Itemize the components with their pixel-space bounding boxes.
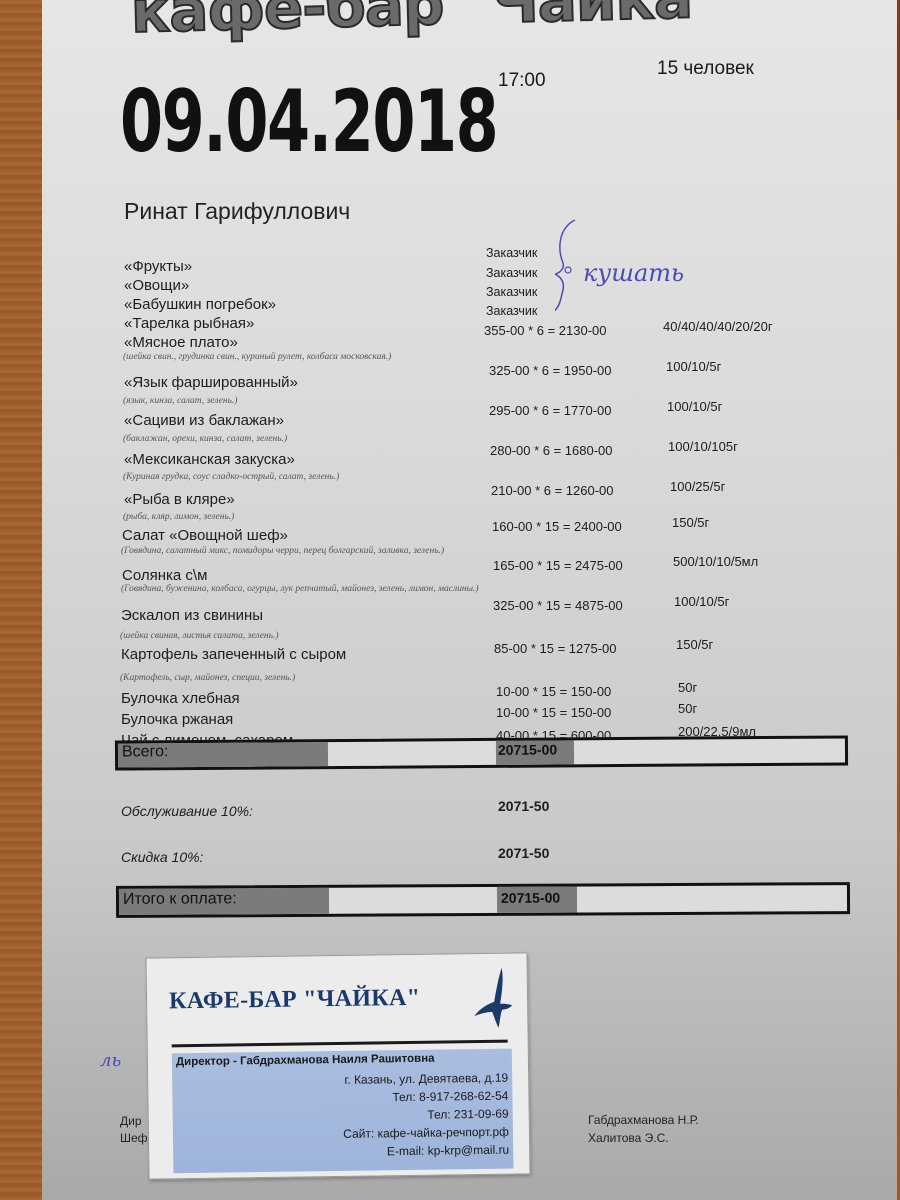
card-director: Директор - Габдрахманова Наиля Рашитовна [176, 1053, 435, 1069]
menu-item-portion: 50г [678, 680, 697, 695]
menu-item-name: Булочка ржаная [121, 711, 233, 728]
card-email: E-mail: kp-krp@mail.ru [387, 1143, 509, 1159]
menu-item-portion: 50г [678, 701, 697, 716]
menu-item-name: «Мясное плато» [124, 334, 238, 351]
service-value: 2071-50 [498, 798, 549, 814]
signature-name-chef: Халитова Э.С. [588, 1131, 669, 1145]
menu-item-calculation: 160-00 * 15 = 2400-00 [492, 519, 622, 534]
menu-item-description: (Говядина, буженина, колбаса, огурцы, лу… [121, 584, 479, 594]
menu-item-portion: 150/5г [672, 515, 709, 530]
menu-item-portion: 40/40/40/40/20/20г [663, 319, 773, 334]
menu-item-calculation: 355-00 * 6 = 2130-00 [484, 323, 607, 338]
signature-name-director: Габдрахманова Н.Р. [588, 1113, 699, 1127]
pen-signature-mark: ль [100, 1050, 121, 1071]
subtotal-box: Всего: 20715-00 [115, 735, 848, 770]
menu-item-calculation: 85-00 * 15 = 1275-00 [494, 641, 617, 656]
menu-item-portion: 100/10/5г [667, 399, 722, 414]
menu-item-description: (Куриная грудка, соус сладко-острый, сал… [123, 472, 339, 482]
menu-item-description: (баклажан, орехи, кинза, салат, зелень.) [123, 434, 287, 444]
menu-item-name: «Сациви из баклажан» [124, 412, 284, 429]
customer-item: «Бабушкин погребок» [124, 296, 276, 313]
signature-role-director: Дир [120, 1114, 142, 1128]
event-time: 17:00 [498, 70, 546, 92]
menu-item-description: (язык, кинза, салат, зелень.) [123, 396, 237, 406]
menu-item-calculation: 165-00 * 15 = 2475-00 [493, 558, 623, 573]
card-contact-block: Директор - Габдрахманова Наиля Рашитовна… [172, 1049, 514, 1174]
service-label: Обслуживание 10%: [121, 803, 253, 819]
menu-item-calculation: 325-00 * 15 = 4875-00 [493, 598, 623, 613]
grand-total-label: Итого к оплате: [123, 890, 237, 909]
card-divider [172, 1040, 508, 1048]
grand-total-box: Итого к оплате: 20715-00 [116, 882, 850, 918]
menu-item-portion: 100/10/5г [674, 594, 729, 609]
card-title: КАФЕ-БАР "ЧАЙКА" [169, 985, 421, 1016]
card-phone-landline: Тел: 231-09-69 [427, 1107, 509, 1122]
discount-value: 2071-50 [498, 845, 549, 861]
business-card: КАФЕ-БАР "ЧАЙКА" Директор - Габдрахманов… [145, 952, 530, 1179]
menu-item-calculation: 325-00 * 6 = 1950-00 [489, 363, 612, 378]
menu-item-name: «Мексиканская закуска» [124, 451, 295, 468]
menu-item-name: «Рыба в кляре» [124, 491, 235, 508]
menu-item-name: Эскалоп из свинины [121, 607, 263, 624]
menu-item-description: (шейка свин., грудинка свин., куриный ру… [123, 352, 391, 362]
wooden-table-background [0, 0, 44, 1200]
menu-item-calculation: 10-00 * 15 = 150-00 [496, 684, 611, 699]
menu-item-description: (Говядина, салатный микс, помидоры черри… [121, 546, 444, 556]
card-website: Сайт: кафе-чайка-речпорт.рф [343, 1125, 509, 1141]
handwritten-brace-note: кушать [555, 218, 715, 328]
menu-item-description: (Картофель, сыр, майонез, специи, зелень… [120, 673, 295, 683]
subtotal-label: Всего: [122, 743, 169, 761]
guest-count: 15 человек [657, 58, 754, 80]
subtotal-value: 20715-00 [498, 741, 557, 757]
menu-item-description: (рыба, кляр, лимон, зелень.) [123, 512, 234, 522]
customer-note: Заказчик [486, 266, 537, 280]
menu-item-calculation: 295-00 * 6 = 1770-00 [489, 403, 612, 418]
customer-note: Заказчик [486, 304, 537, 318]
menu-item-portion: 100/10/105г [668, 439, 738, 454]
svg-text:кушать: кушать [583, 259, 684, 287]
menu-item-portion: 500/10/10/5мл [673, 554, 758, 569]
customer-note: Заказчик [486, 246, 537, 260]
menu-item-name: Солянка с\м [122, 567, 207, 584]
event-date: 09.04.2018 [120, 72, 497, 172]
menu-item-calculation: 210-00 * 6 = 1260-00 [491, 483, 614, 498]
menu-item-name: Булочка хлебная [121, 690, 240, 707]
menu-item-portion: 100/25/5г [670, 479, 725, 494]
menu-item-portion: 150/5г [676, 637, 713, 652]
menu-item-calculation: 10-00 * 15 = 150-00 [496, 705, 611, 720]
customer-item: «Тарелка рыбная» [124, 315, 254, 332]
card-address: г. Казань, ул. Девятаева, д.19 [344, 1071, 508, 1087]
signature-role-chef: Шеф [120, 1131, 148, 1145]
menu-item-calculation: 280-00 * 6 = 1680-00 [490, 443, 613, 458]
menu-item-description: (шейка свиная, листья салата, зелень.) [120, 631, 279, 641]
customer-item: «Овощи» [124, 277, 189, 294]
customer-note: Заказчик [486, 285, 537, 299]
menu-item-portion: 100/10/5г [666, 359, 721, 374]
client-name: Ринат Гарифуллович [124, 198, 350, 225]
card-phone-mobile: Тел: 8-917-268-62-54 [392, 1089, 508, 1105]
discount-label: Скидка 10%: [121, 849, 203, 865]
seagull-logo-icon [472, 966, 513, 1029]
menu-item-name: Салат «Овощной шеф» [122, 527, 288, 544]
menu-item-name: Картофель запеченный с сыром [121, 646, 346, 663]
menu-item-name: «Язык фаршированный» [124, 374, 298, 391]
customer-item: «Фрукты» [124, 258, 192, 275]
grand-total-value: 20715-00 [501, 890, 560, 906]
